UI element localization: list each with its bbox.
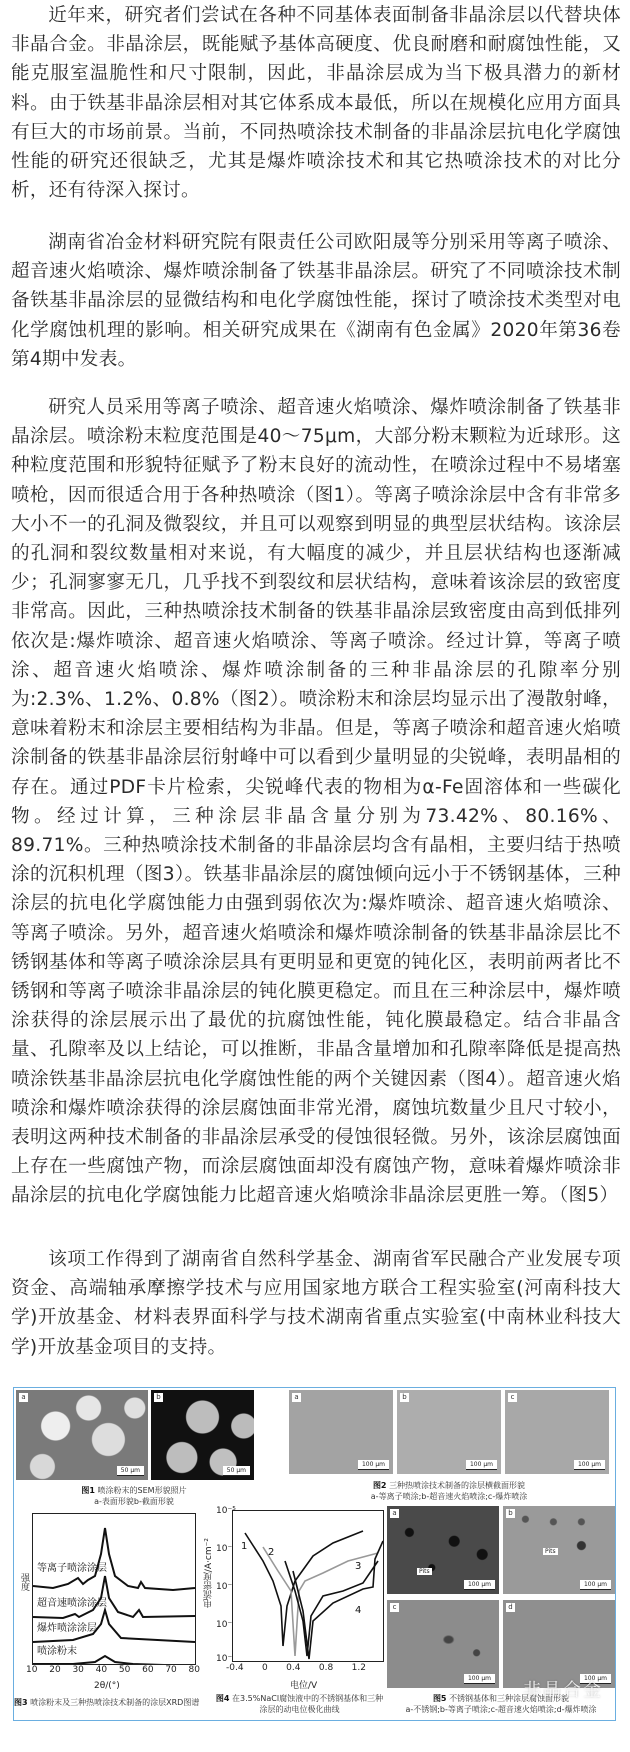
series-label-detonation: 爆炸喷涂涂层 [37, 1619, 97, 1634]
fig3-caption: 图3 喷涂粉末及三种热喷涂技术制备的涂层XRD图谱 [14, 1697, 214, 1708]
pits-label: Pits [417, 1568, 432, 1575]
caption-title: 喷涂粉末及三种热喷涂技术制备的涂层XRD图谱 [30, 1698, 199, 1707]
curve-label-1: 1 [241, 1541, 247, 1552]
x-tick: 0.8 [319, 1663, 333, 1673]
caption-title: 喷涂粉末的SEM形貌照片 [98, 1486, 187, 1495]
scale-bar: 100 μm [358, 1460, 389, 1470]
caption-title: 在3.5%NaCl腐蚀液中的不锈钢基体和三种 [232, 1694, 383, 1703]
paragraph-research-team: 湖南省冶金材料研究院有限责任公司欧阳晟等分别采用等离子喷涂、超音速火焰喷涂、爆炸… [11, 228, 621, 374]
x-tick: 0.4 [286, 1663, 300, 1673]
panel-tag: b [400, 1393, 409, 1402]
figure-3-xrd-chart: 强度 等离子喷涂涂层 超音速喷涂涂层 爆炸喷涂涂层 喷涂粉末 10 20 30 … [14, 1513, 204, 1718]
x-axis-ticks: 10 20 30 40 50 60 70 80 [26, 1665, 200, 1675]
x-tick: 1.2 [352, 1663, 366, 1673]
fig1-panel-a: a 50 μm [16, 1390, 148, 1480]
y-axis-label: 强度 [18, 1573, 31, 1591]
figure-4-polarization-chart: 电流密度/A·cm⁻² 10⁻⁵ 10⁻⁶ 10⁻⁷ 10⁻⁸ 10⁻⁹ 1 2… [202, 1508, 382, 1718]
panel-tag: a [390, 1509, 399, 1518]
scale-bar: 50 μm [223, 1466, 250, 1476]
curve-label-3: 3 [355, 1561, 361, 1572]
polarization-plot-area: 1 2 3 4 [232, 1510, 384, 1662]
x-tick: 70 [165, 1665, 176, 1675]
series-label-hvof: 超音速喷涂涂层 [37, 1594, 107, 1609]
fig1-caption: 图1 喷涂粉末的SEM形貌照片 a-表面形貌b-截面形貌 [14, 1485, 254, 1507]
curve-label-2: 2 [268, 1547, 274, 1558]
caption-number: 图1 [81, 1486, 95, 1495]
panel-tag: c [508, 1393, 517, 1402]
panel-tag: d [506, 1603, 515, 1612]
scale-bar: 100 μm [464, 1674, 495, 1684]
scale-bar: 50 μm [117, 1466, 144, 1476]
x-tick: -0.4 [226, 1663, 244, 1673]
fig5-panel-c: c 100 μm [387, 1600, 499, 1688]
paragraph-intro: 近年来，研究者们尝试在各种不同基体表面制备非晶涂层以代替块体非晶合金。非晶涂层，… [11, 1, 621, 205]
scale-bar: 100 μm [580, 1580, 611, 1590]
pits-label: Pits [543, 1548, 558, 1555]
caption-number: 图3 [14, 1698, 28, 1707]
caption-number: 图4 [216, 1694, 230, 1703]
x-tick: 60 [142, 1665, 153, 1675]
scale-bar: 100 μm [574, 1460, 605, 1470]
fig2-panel-a: a 100 μm [289, 1390, 393, 1474]
caption-sub: a-等离子喷涂;b-超音速火焰喷涂;c-爆炸喷涂 [371, 1492, 527, 1501]
caption-number: 图5 [433, 1694, 447, 1703]
x-tick: 50 [119, 1665, 130, 1675]
fig2-panel-b: b 100 μm [397, 1390, 501, 1474]
caption-sub: a-不锈钢;b-等离子喷涂;c-超音速火焰喷涂;d-爆炸喷涂 [405, 1705, 596, 1714]
fig5-panel-d: d 100 μm [503, 1600, 615, 1688]
caption-sub: 涂层的动电位极化曲线 [260, 1705, 340, 1714]
x-tick: 20 [49, 1665, 60, 1675]
x-tick: 40 [96, 1665, 107, 1675]
scale-bar: 100 μm [464, 1580, 495, 1590]
panel-tag: b [154, 1393, 163, 1402]
fig2-panel-c: c 100 μm [505, 1390, 609, 1474]
fig5-panel-a: a Pits 100 μm [387, 1506, 499, 1594]
panel-tag: c [390, 1603, 399, 1612]
caption-number: 图2 [373, 1481, 387, 1490]
x-tick: 80 [189, 1665, 200, 1675]
x-axis-label: 电位/V [290, 1678, 317, 1691]
paragraph-funding: 该项工作得到了湖南省自然科学基金、湖南省军民融合产业发展专项资金、高端轴承摩擦学… [11, 1245, 621, 1362]
x-tick: 30 [72, 1665, 83, 1675]
polarization-curves [233, 1511, 383, 1661]
x-axis-label: 2θ/(°) [94, 1681, 120, 1691]
caption-sub: a-表面形貌b-截面形貌 [94, 1497, 174, 1506]
fig5-panel-b: b Pits 100 μm [503, 1506, 615, 1594]
figure-1: a 50 μm b 50 μm 图1 喷涂粉末的SEM形貌照片 a-表面形貌b-… [14, 1388, 254, 1513]
y-axis-ticks: 10⁻⁵ 10⁻⁶ 10⁻⁷ 10⁻⁸ 10⁻⁹ [216, 1508, 232, 1658]
caption-title: 三种热喷涂技术制备的涂层横截面形貌 [389, 1481, 525, 1490]
series-label-plasma: 等离子喷涂涂层 [37, 1559, 107, 1574]
fig2-caption: 图2 三种热喷涂技术制备的涂层横截面形貌 a-等离子喷涂;b-超音速火焰喷涂;c… [289, 1480, 609, 1502]
x-tick: 10 [26, 1665, 37, 1675]
panel-tag: a [292, 1393, 301, 1402]
panel-tag: b [506, 1509, 515, 1518]
y-axis-label: 电流密度/A·cm⁻² [202, 1538, 215, 1608]
paragraph-findings: 研究人员采用等离子喷涂、超音速火焰喷涂、爆炸喷涂制备了铁基非晶涂层。喷涂粉末粒度… [11, 393, 621, 1211]
xrd-plot-area: 等离子喷涂涂层 超音速喷涂涂层 爆炸喷涂涂层 喷涂粉末 [32, 1513, 196, 1665]
watermark-logo: 非晶合金 [523, 1676, 603, 1702]
x-tick: 0 [262, 1663, 268, 1673]
fig1-panel-b: b 50 μm [151, 1390, 254, 1480]
series-label-powder: 喷涂粉末 [37, 1642, 77, 1657]
curve-label-4: 4 [355, 1605, 361, 1616]
x-axis-ticks: -0.4 0 0.4 0.8 1.2 [226, 1663, 366, 1673]
figure-panel: a 50 μm b 50 μm 图1 喷涂粉末的SEM形貌照片 a-表面形貌b-… [13, 1387, 616, 1721]
figure-2: a 100 μm b 100 μm c 100 μm 图2 三种热喷涂技术制备的… [257, 1388, 615, 1513]
panel-tag: a [19, 1393, 28, 1402]
fig4-caption: 图4 在3.5%NaCl腐蚀液中的不锈钢基体和三种 涂层的动电位极化曲线 [212, 1693, 387, 1715]
scale-bar: 100 μm [466, 1460, 497, 1470]
